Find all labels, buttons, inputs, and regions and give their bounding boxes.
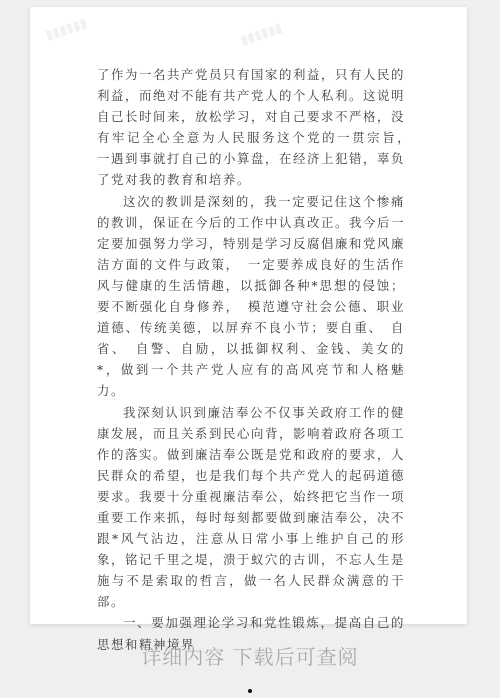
document-page: ▮▮▮▮▮▮ ▮▮▮▮▮▮ 了作为一名共产党员只有国家的利益，只有人民的利益，而… (30, 7, 467, 624)
paragraph: 这次的教训是深刻的，我一定要记住这个惨痛的教训，保证在今后的工作中认真改正。我今… (97, 191, 405, 402)
download-prompt[interactable]: 详细内容 下载后可查阅 (0, 641, 500, 670)
document-body: 了作为一名共产党员只有国家的利益，只有人民的利益，而绝对不能有共产党人的个人私利… (97, 64, 405, 655)
watermark: ▮▮▮▮▮▮ (44, 16, 89, 44)
page-indicator-dot[interactable] (248, 689, 252, 693)
paragraph: 我深刻认识到廉洁奉公不仅事关政府工作的健康发展，而且关系到民心向背，影响着政府各… (97, 402, 405, 613)
watermark: ▮▮▮▮▮▮ (239, 21, 284, 49)
paragraph: 了作为一名共产党员只有国家的利益，只有人民的利益，而绝对不能有共产党人的个人私利… (97, 64, 405, 191)
